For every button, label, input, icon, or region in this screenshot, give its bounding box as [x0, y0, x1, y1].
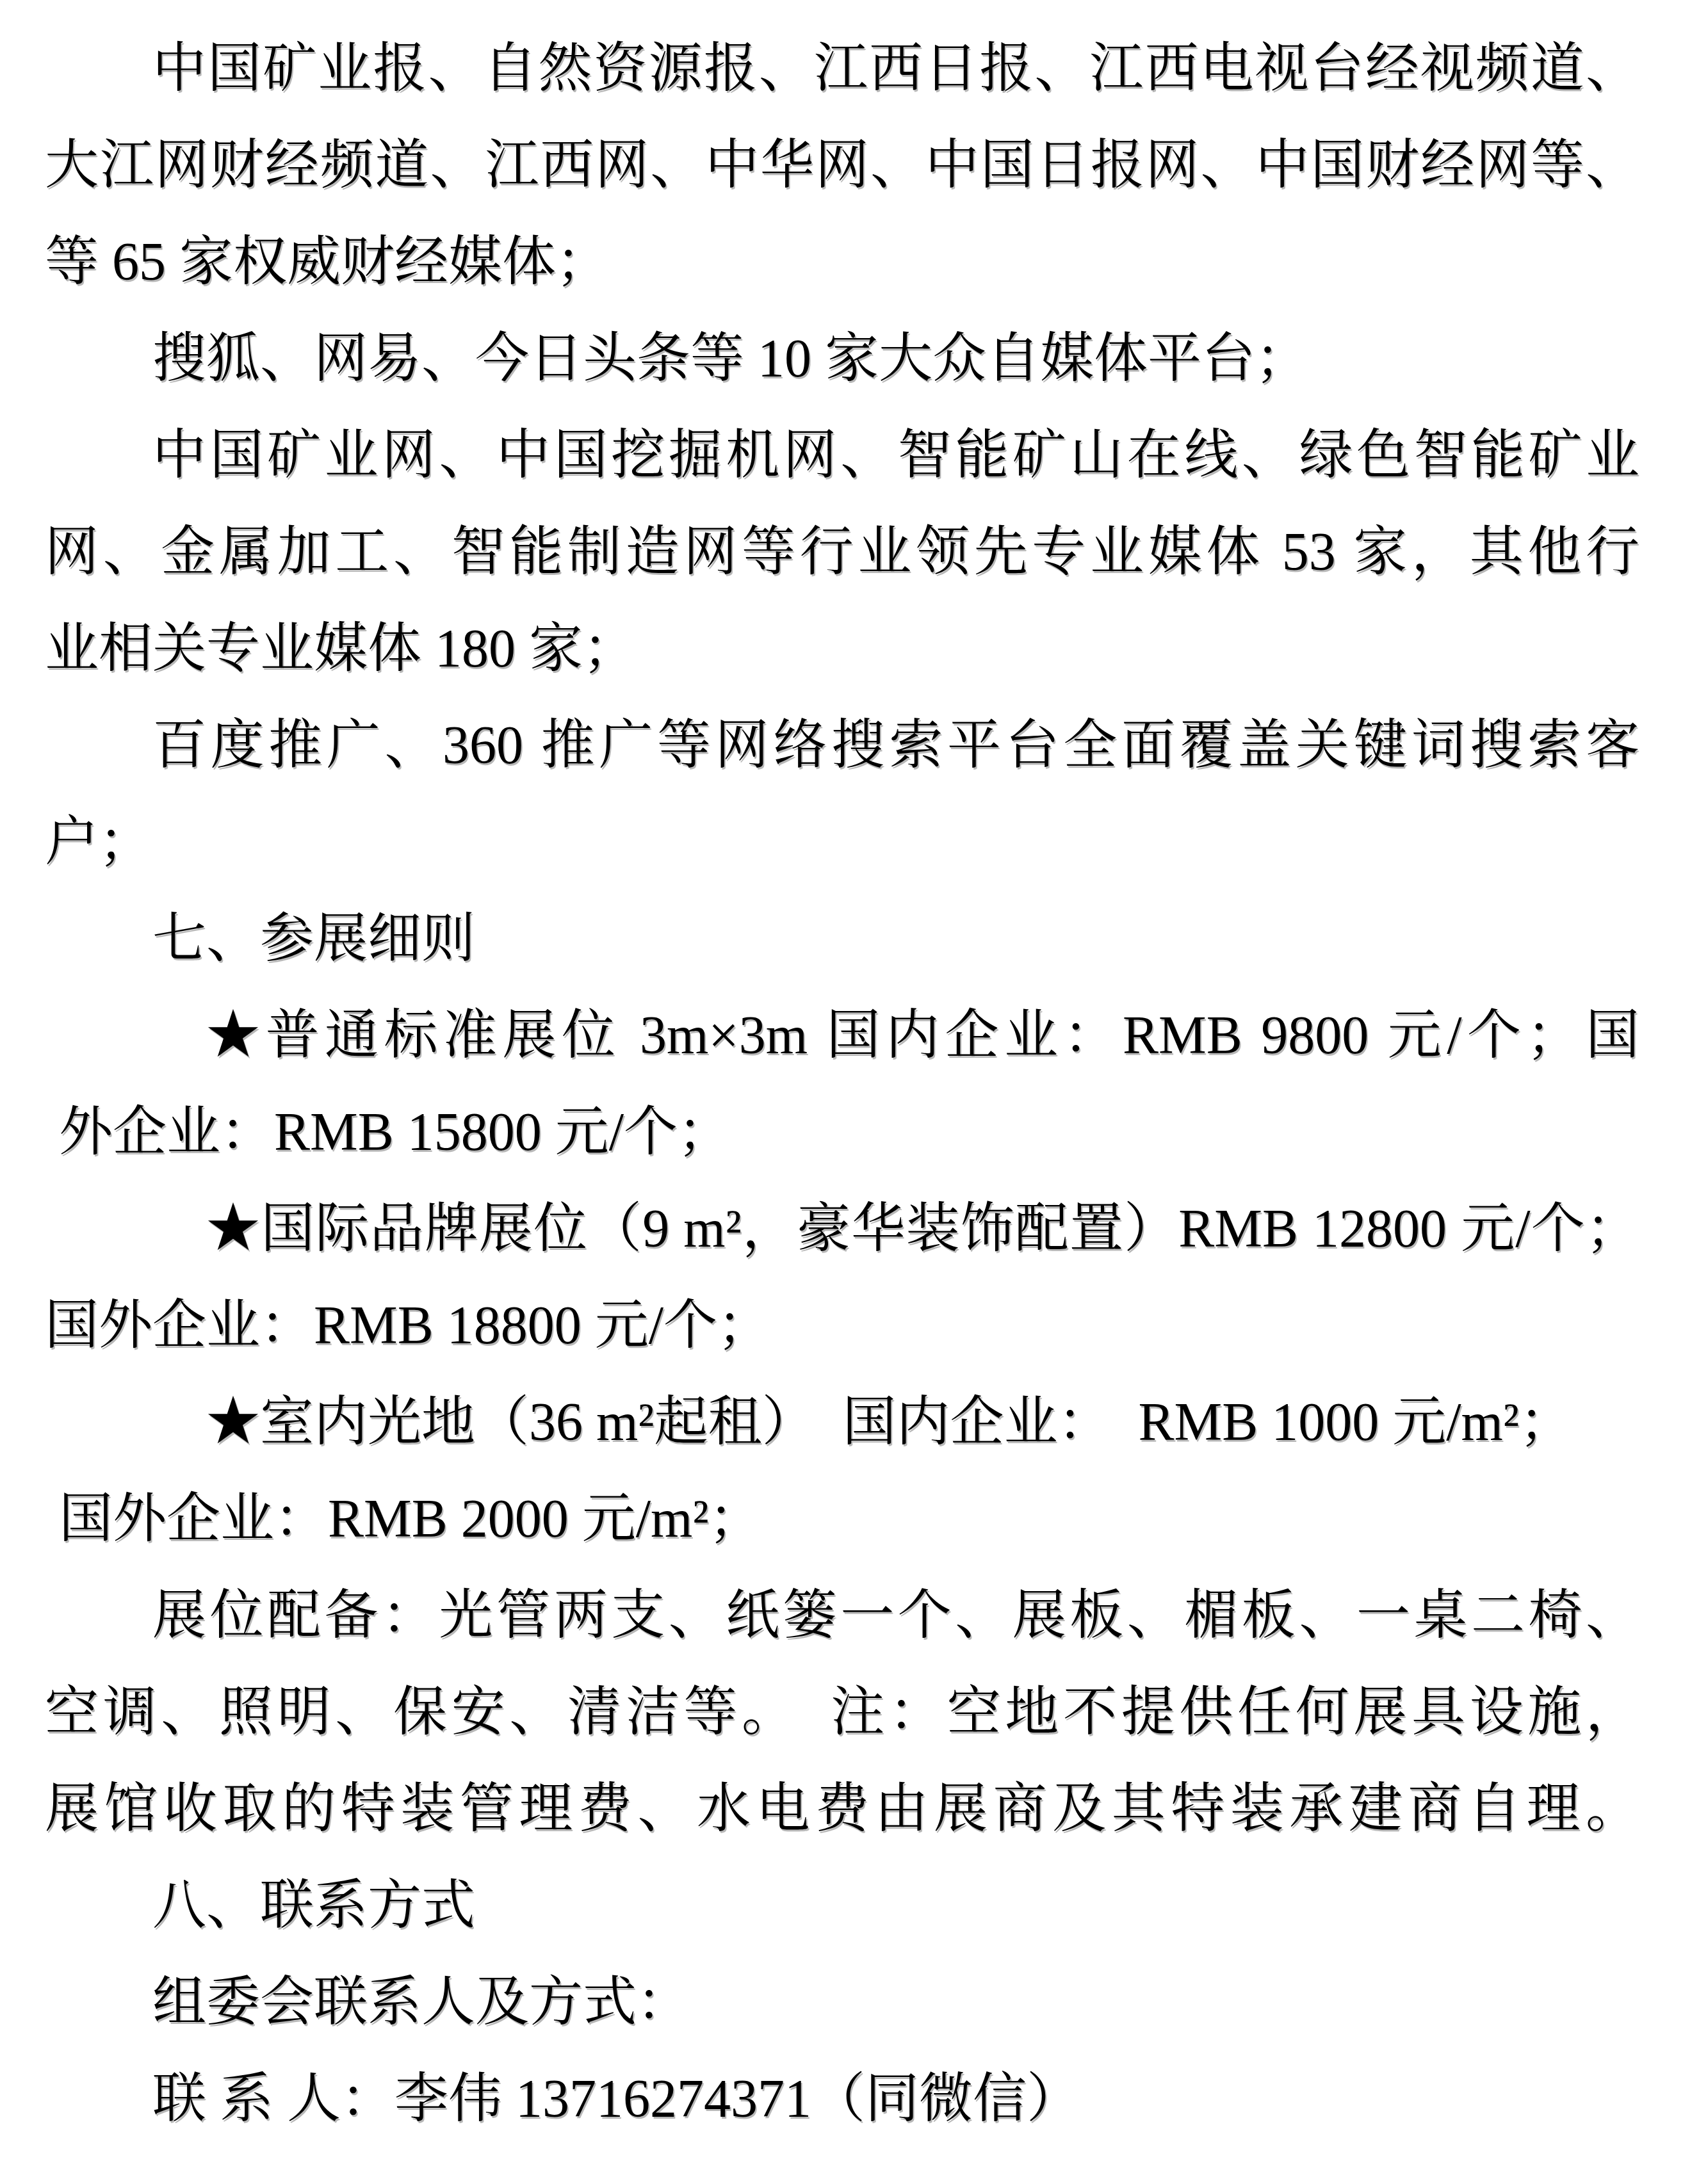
section-heading: 八、联系方式 — [45, 1857, 1639, 1954]
text-line: 展馆收取的特装管理费、水电费由展商及其特装承建商自理。 — [45, 1761, 1639, 1857]
text-line: ★室内光地（36 m²起租） 国内企业： RMB 1000 元/m²； — [45, 1374, 1639, 1471]
text-line: 百度推广、360 推广等网络搜索平台全面覆盖关键词搜索客 — [45, 697, 1639, 794]
text-line: 大江网财经频道、江西网、中华网、中国日报网、中国财经网等、 — [45, 117, 1639, 214]
text-line: 外企业：RMB 15800 元/个； — [45, 1084, 1639, 1181]
text-line: 网、金属加工、智能制造网等行业领先专业媒体 53 家，其他行 — [45, 504, 1639, 601]
text-line: 空调、照明、保安、清洁等。 注：空地不提供任何展具设施， — [45, 1664, 1639, 1761]
text-line: 业相关专业媒体 180 家； — [45, 601, 1639, 697]
text-line: 国外企业：RMB 18800 元/个； — [45, 1277, 1639, 1374]
text-line: 户； — [45, 794, 1639, 891]
text-line: 组委会联系人及方式： — [45, 1954, 1639, 2051]
text-line: 中国矿业报、自然资源报、江西日报、江西电视台经视频道、 — [45, 20, 1639, 117]
text-line: 中国矿业网、中国挖掘机网、智能矿山在线、绿色智能矿业 — [45, 407, 1639, 504]
text-line: 展位配备：光管两支、纸篓一个、展板、楣板、一桌二椅、 — [45, 1567, 1639, 1664]
contact-line: 联 系 人：李伟 13716274371（同微信） — [45, 2051, 1639, 2148]
text-line: ★普通标准展位 3m×3m 国内企业：RMB 9800 元/个；国 — [45, 987, 1639, 1084]
text-line: ★国际品牌展位（9 m²，豪华装饰配置）RMB 12800 元/个； — [45, 1181, 1639, 1277]
document-page: 中国矿业报、自然资源报、江西日报、江西电视台经视频道、 大江网财经频道、江西网、… — [0, 0, 1683, 2184]
text-line: 搜狐、网易、今日头条等 10 家大众自媒体平台； — [45, 311, 1639, 407]
section-heading: 七、参展细则 — [45, 891, 1639, 987]
text-line: 等 65 家权威财经媒体； — [45, 214, 1639, 311]
text-line: 国外企业：RMB 2000 元/m²； — [45, 1471, 1639, 1567]
